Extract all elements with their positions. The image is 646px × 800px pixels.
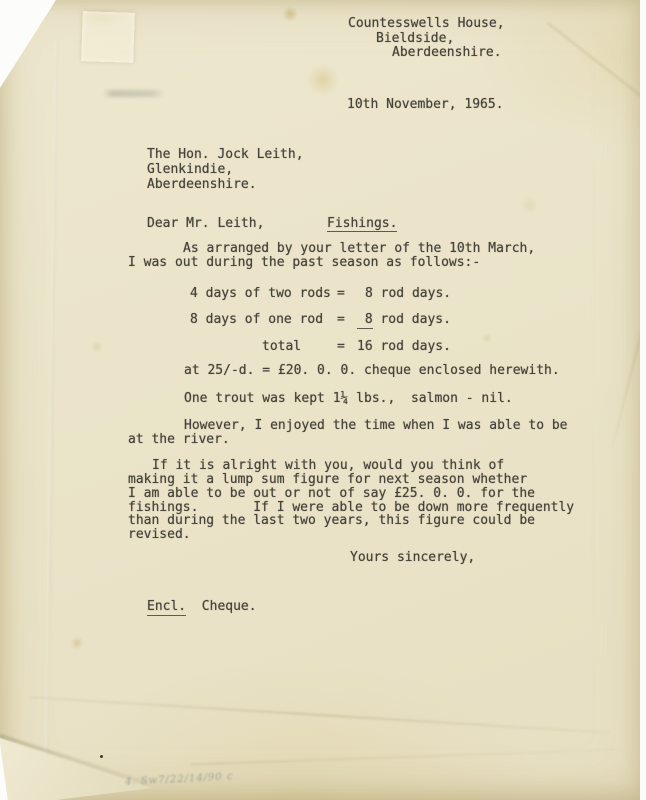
- recipient-line: The Hon. Jock Leith,: [147, 148, 304, 161]
- table-value: 16 rod days.: [357, 340, 451, 353]
- body-line: than during the last two years, this fig…: [128, 514, 535, 527]
- top-left-fold-crease: [0, 0, 52, 89]
- closing: Yours sincerely,: [350, 551, 475, 564]
- body-line: However, I enjoyed the time when I was a…: [184, 419, 568, 432]
- enclosure-text: Cheque.: [186, 599, 256, 614]
- bottom-second-crease: [190, 748, 620, 765]
- table-label: total: [262, 340, 301, 353]
- body-line: revised.: [128, 528, 191, 541]
- enclosure-note: Encl. Cheque.: [147, 600, 257, 613]
- equals-sign: =: [337, 313, 345, 326]
- body-line: One trout was kept 1¼ lbs., salmon - nil…: [184, 392, 513, 405]
- date-line: 10th November, 1965.: [347, 98, 504, 111]
- recipient-line: Aberdeenshire.: [147, 178, 257, 191]
- table-label: 4 days of two rods: [190, 287, 331, 300]
- table-label: 8 days of one rod: [190, 313, 323, 326]
- salutation: Dear Mr. Leith,: [147, 217, 264, 230]
- body-line: making it a lump sum figure for next sea…: [128, 473, 527, 486]
- equals-sign: =: [337, 340, 345, 353]
- letter-paper: Countesswells House, Bieldside, Aberdeen…: [0, 0, 646, 800]
- right-mid-crease: [612, 253, 646, 448]
- body-line: I was out during the past season as foll…: [128, 256, 480, 269]
- table-value-rest: rod days.: [373, 312, 451, 327]
- underlined-value: 8: [357, 312, 373, 329]
- body-line: As arranged by your letter of the 10th M…: [183, 242, 535, 255]
- recipient-line: Glenkindie,: [147, 163, 233, 176]
- body-line: at the river.: [128, 433, 230, 446]
- subject-heading: Fishings.: [327, 217, 397, 232]
- table-value: 8 rod days.: [365, 287, 451, 300]
- equals-sign: =: [337, 287, 345, 300]
- body-line: I am able to be out or not of say £25. 0…: [128, 487, 535, 500]
- left-vertical-crease: [45, 40, 58, 760]
- ink-speck: [100, 755, 103, 758]
- body-line: If it is alright with you, would you thi…: [152, 459, 504, 472]
- archival-inscription: 4. Sw7/22/14/90 c: [125, 771, 234, 788]
- top-right-crease: [547, 22, 646, 128]
- body-line: at 25/-d. = £20. 0. 0. cheque enclosed h…: [184, 364, 560, 377]
- table-value: 8 rod days.: [357, 313, 451, 326]
- sender-address-line: Bieldside,: [376, 32, 454, 45]
- sender-address-line: Countesswells House,: [348, 17, 505, 30]
- sender-address-line: Aberdeenshire.: [392, 46, 502, 59]
- enclosure-label: Encl.: [147, 599, 186, 616]
- bottom-horizontal-crease: [30, 696, 609, 733]
- faint-stamp: [103, 90, 165, 97]
- tape-mark: [81, 11, 135, 63]
- scanned-letter-page: { "letter": { "sender_address": ["Counte…: [0, 0, 646, 800]
